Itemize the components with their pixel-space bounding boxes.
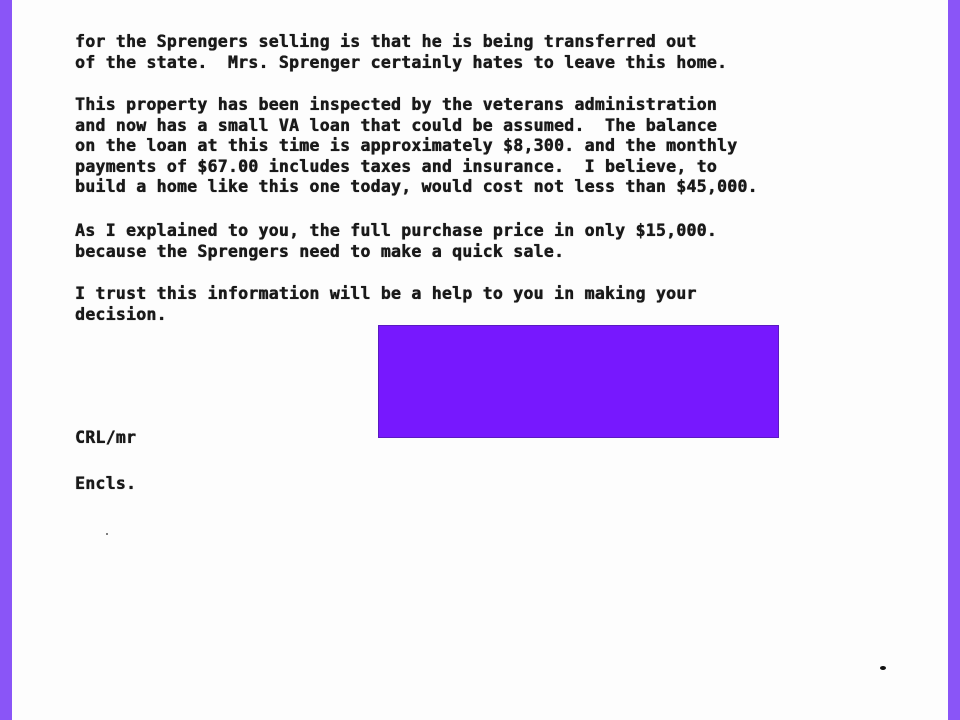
ink-speck [880,666,886,670]
text-line: and now has a small VA loan that could b… [75,116,758,137]
signature-redaction-box [378,325,779,438]
text-line: payments of $67.00 includes taxes and in… [75,157,758,178]
text-line: I trust this information will be a help … [75,284,697,305]
text-line: on the loan at this time is approximatel… [75,136,758,157]
text-line: for the Sprengers selling is that he is … [75,32,727,53]
text-line: decision. [75,305,697,326]
reference-initials: CRL/mr [75,428,136,449]
document-frame: for the Sprengers selling is that he is … [12,0,948,720]
text-line: This property has been inspected by the … [75,95,758,116]
enclosures-note: Encls. [75,474,136,495]
text-line: As I explained to you, the full purchase… [75,221,717,242]
ink-speck [106,533,108,535]
letter-page: for the Sprengers selling is that he is … [12,0,948,720]
